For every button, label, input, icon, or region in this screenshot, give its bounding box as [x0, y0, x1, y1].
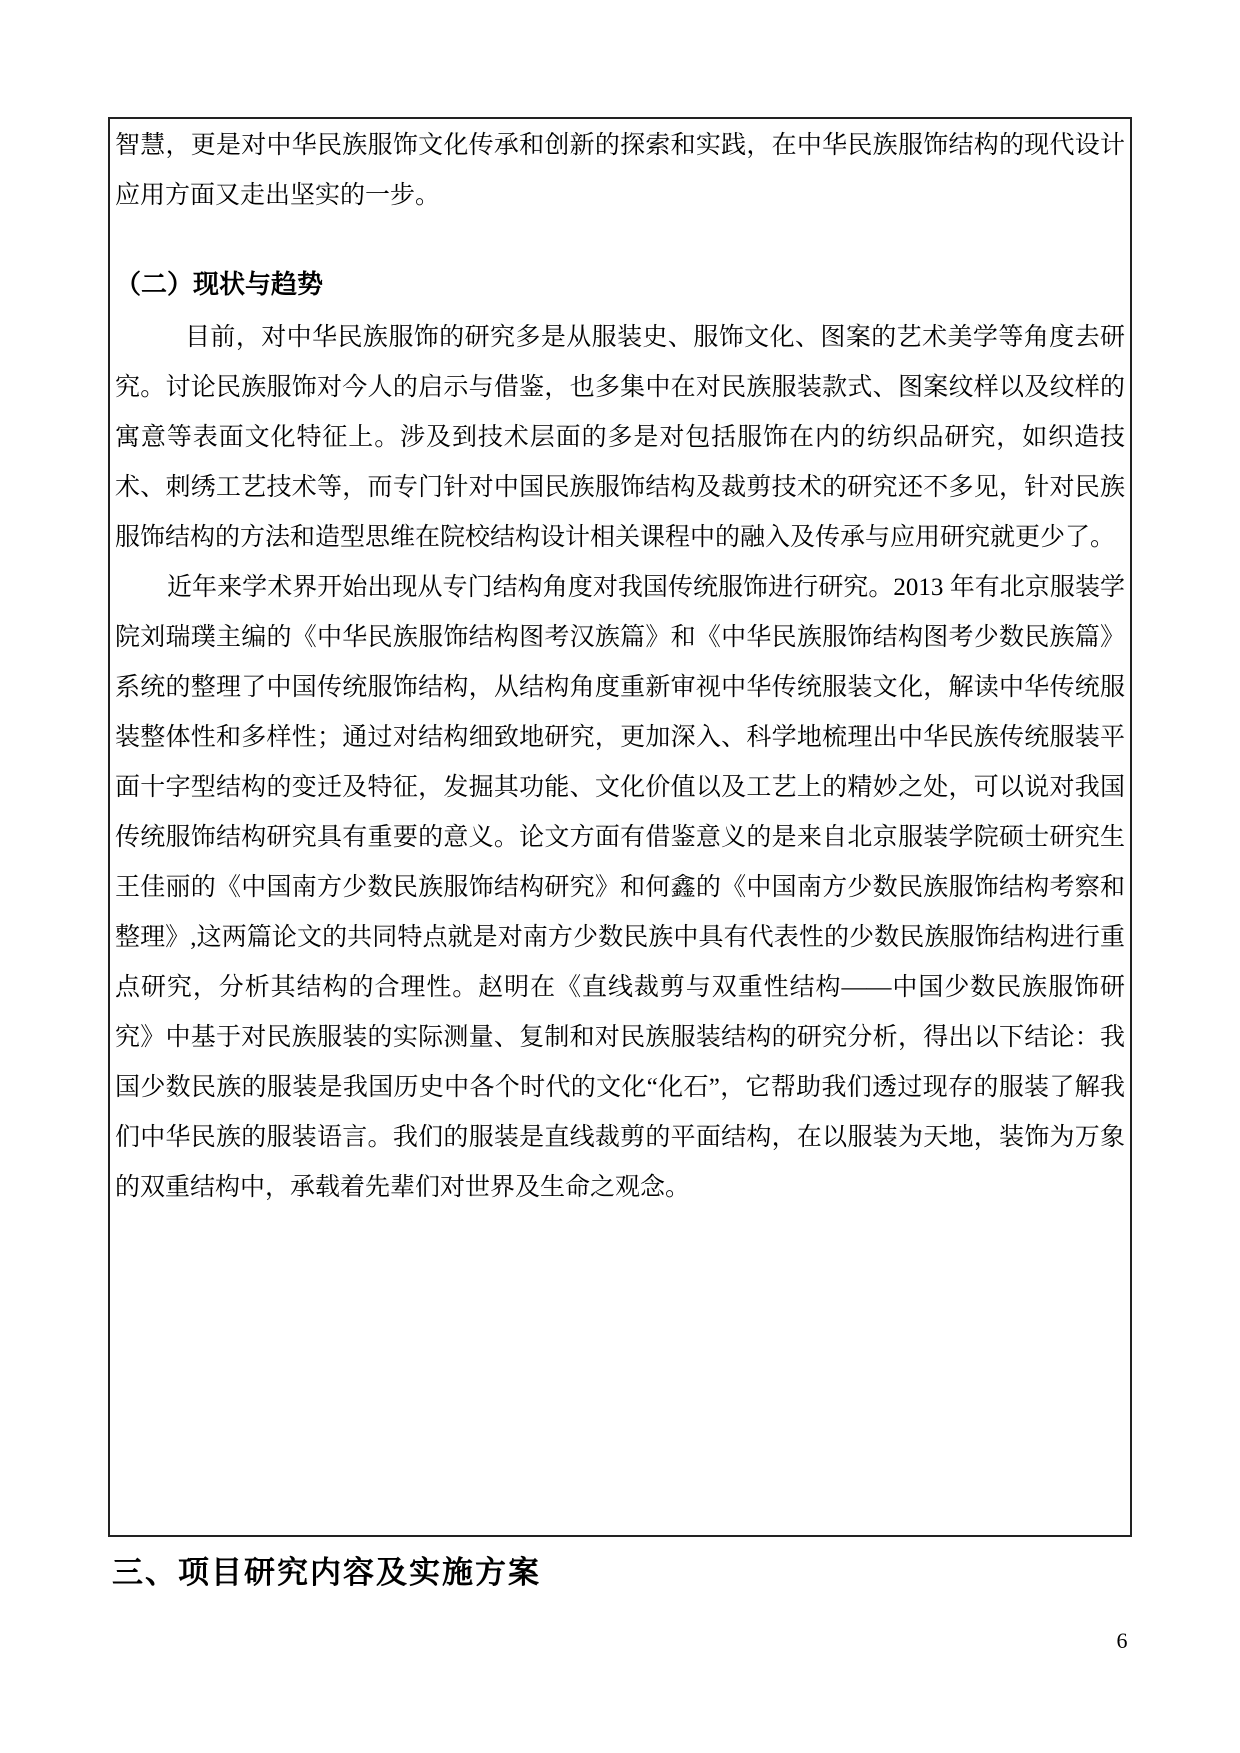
page-number: 6 — [1105, 1626, 1139, 1656]
continuation-paragraph: 智慧，更是对中华民族服饰文化传承和创新的探索和实践，在中华民族服饰结构的现代设计… — [115, 121, 1125, 221]
content-box: 智慧，更是对中华民族服饰文化传承和创新的探索和实践，在中华民族服饰结构的现代设计… — [108, 117, 1132, 1537]
paragraph-current-research-overview: 目前，对中华民族服饰的研究多是从服装史、服饰文化、图案的艺术美学等角度去研究。讨… — [115, 313, 1125, 563]
paragraph-recent-structural-studies: 近年来学术界开始出现从专门结构角度对我国传统服饰进行研究。2013 年有北京服装… — [115, 563, 1125, 1213]
document-page: 智慧，更是对中华民族服饰文化传承和创新的探索和实践，在中华民族服饰结构的现代设计… — [0, 0, 1240, 1753]
section-heading-research-content-and-plan: 三、项目研究内容及实施方案 — [112, 1553, 541, 1593]
section-heading-status-and-trends: （二）现状与趋势 — [115, 259, 1125, 309]
